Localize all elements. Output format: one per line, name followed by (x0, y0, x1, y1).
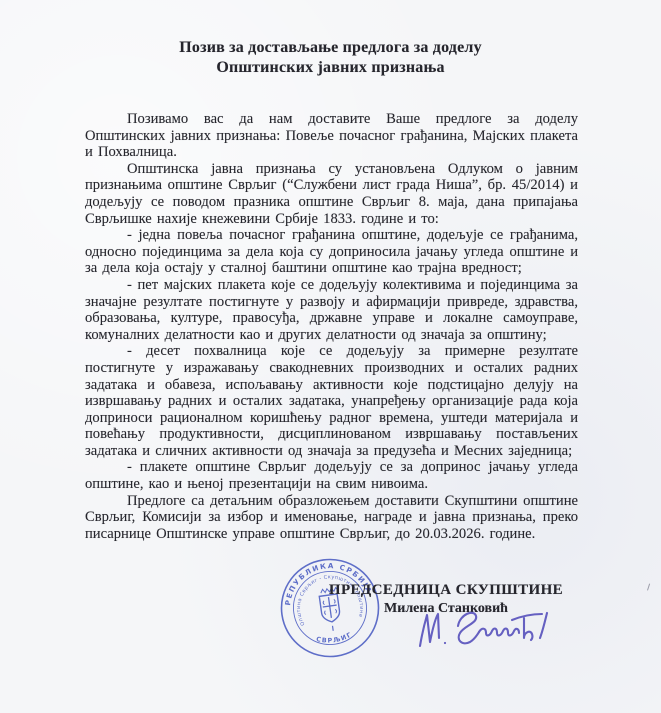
paragraph-majske-plakete: - пет мајских плакета које се додељују к… (85, 277, 578, 343)
document-title: Позив за достављање предлога за доделу О… (0, 38, 661, 78)
title-line-1: Позив за достављање предлога за доделу (0, 38, 661, 58)
paragraph-submission-deadline: Предлоге са детаљним образложењем достав… (85, 493, 578, 543)
paragraph-pohvalnice: - десет похвалница које се додељују за п… (85, 343, 578, 459)
scan-artifact-mark (647, 584, 653, 592)
paragraph-plakete: - плакете општине Сврљиг додељују се за … (85, 459, 578, 492)
paragraph-invitation: Позивамо вас да нам доставите Ваше предл… (85, 111, 578, 161)
handwritten-signature (412, 606, 554, 658)
scanned-document-page: Позив за достављање предлога за доделу О… (0, 0, 661, 713)
paragraph-legal-basis: Општинска јавна признања су установљена … (85, 161, 578, 227)
document-body: Позивамо вас да нам доставите Ваше предл… (85, 111, 578, 542)
title-line-2: Општинских јавних признања (0, 58, 661, 78)
paragraph-povelja: - једна повеља почасног грађанина општин… (85, 227, 578, 277)
signer-role: ПРЕДСЕДНИЦА СКУПШТИНЕ (328, 582, 564, 599)
